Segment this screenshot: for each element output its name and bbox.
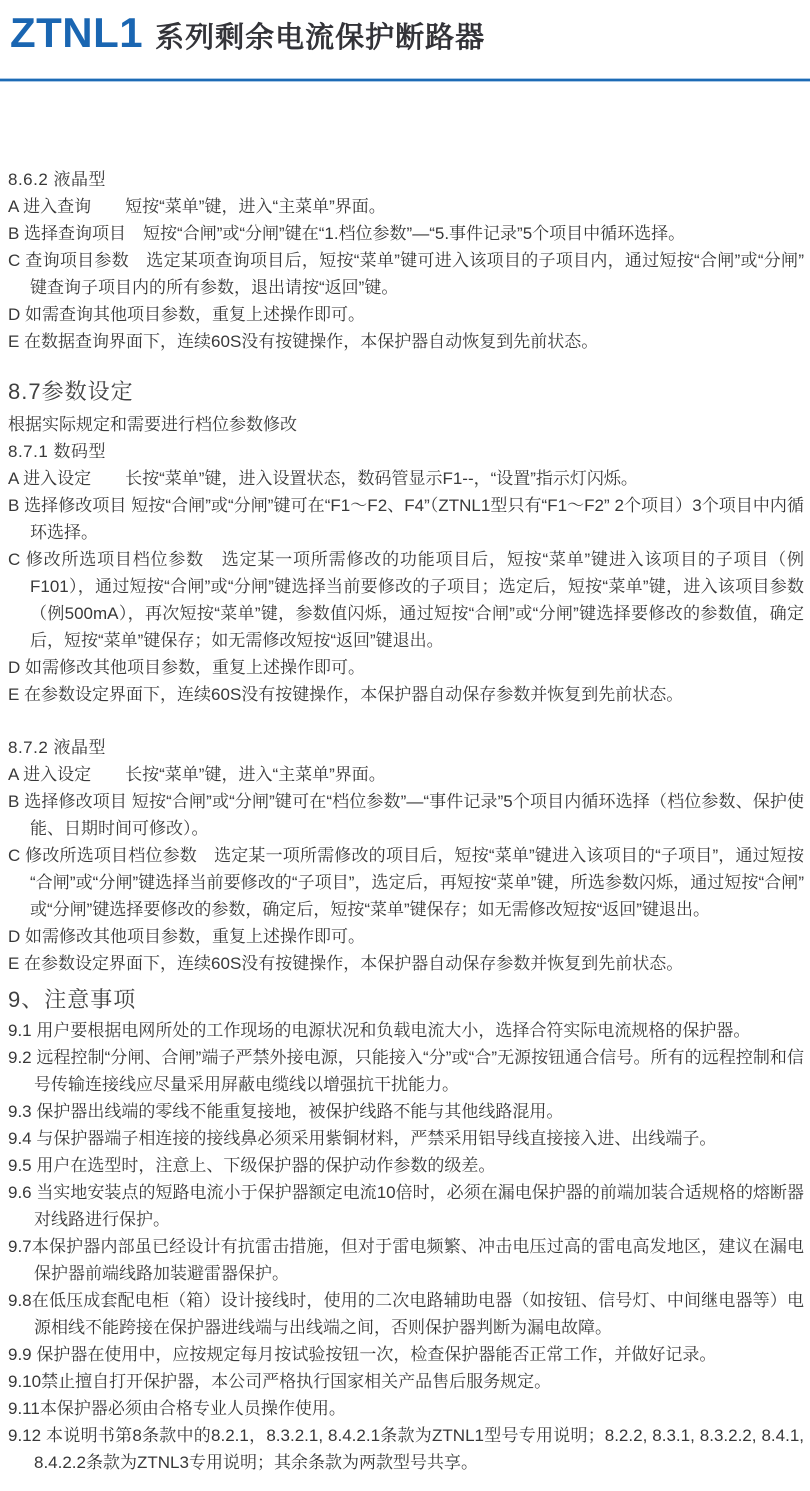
note-item: 9.4 与保护器端子相连接的接线鼻必须采用紫铜材料，严禁采用铝导线直接接入进、出… — [8, 1125, 804, 1152]
note-item: 9.8在低压成套配电柜（箱）设计接线时，使用的二次电路辅助电器（如按钮、信号灯、… — [8, 1287, 804, 1341]
step-item: C 查询项目参数 选定某项查询项目后，短按“菜单”键可进入该项目的子项目内，通过… — [8, 247, 804, 301]
step-item: B 选择查询项目 短按“合闸”或“分闸”键在“1.档位参数”—“5.事件记录”5… — [8, 220, 804, 247]
page-header: ZTNL1 系列剩余电流保护断路器 — [0, 0, 810, 56]
note-item: 9.6 当实地安装点的短路电流小于保护器额定电流10倍时，必须在漏电保护器的前端… — [8, 1179, 804, 1233]
note-item: 9.1 用户要根据电网所处的工作现场的电源状况和负载电流大小，选择合符实际电流规… — [8, 1017, 804, 1044]
step-item: B 选择修改项目 短按“合闸”或“分闸”键可在“F1～F2、F4”（ZTNL1型… — [8, 492, 804, 546]
step-item: C 修改所选项目档位参数 选定某一项所需修改的功能项目后，短按“菜单”键进入该项… — [8, 546, 804, 654]
section-subheading: 8.7.1 数码型 — [8, 438, 804, 465]
step-item: C 修改所选项目档位参数 选定某一项所需修改的项目后，短按“菜单”键进入该项目的… — [8, 842, 804, 923]
step-item: D 如需修改其他项目参数，重复上述操作即可。 — [8, 654, 804, 681]
section-subheading: 8.7.2 液晶型 — [8, 734, 804, 761]
section-heading: 8.7参数设定 — [8, 377, 804, 407]
note-item: 9.11本保护器必须由合格专业人员操作使用。 — [8, 1395, 804, 1422]
paragraph: 根据实际规定和需要进行档位参数修改 — [8, 411, 804, 438]
section-heading: 9、注意事项 — [8, 985, 804, 1015]
step-item: D 如需查询其他项目参数，重复上述操作即可。 — [8, 301, 804, 328]
note-item: 9.10禁止擅自打开保护器，本公司严格执行国家相关产品售后服务规定。 — [8, 1368, 804, 1395]
manual-body: 8.6.2 液晶型A 进入查询 短按“菜单”键，进入“主菜单”界面。B 选择查询… — [0, 82, 810, 1476]
step-item: E 在数据查询界面下，连续60S没有按键操作，本保护器自动恢复到先前状态。 — [8, 328, 804, 355]
step-item: A 进入设定 长按“菜单”键，进入“主菜单”界面。 — [8, 761, 804, 788]
note-item: 9.12 本说明书第8条款中的8.2.1，8.3.2.1, 8.4.2.1条款为… — [8, 1422, 804, 1476]
note-item: 9.5 用户在选型时，注意上、下级保护器的保护动作参数的级差。 — [8, 1152, 804, 1179]
note-item: 9.2 远程控制“分闸、合闸”端子严禁外接电源，只能接入“分”或“合”无源按钮通… — [8, 1044, 804, 1098]
note-item: 9.9 保护器在使用中，应按规定每月按试验按钮一次，检查保护器能否正常工作，并做… — [8, 1341, 804, 1368]
step-item: D 如需修改其他项目参数，重复上述操作即可。 — [8, 923, 804, 950]
product-model: ZTNL1 — [10, 10, 143, 56]
step-item: E 在参数设定界面下，连续60S没有按键操作，本保护器自动保存参数并恢复到先前状… — [8, 681, 804, 708]
step-item: A 进入查询 短按“菜单”键，进入“主菜单”界面。 — [8, 193, 804, 220]
note-item: 9.7本保护器内部虽已经设计有抗雷击措施，但对于雷电频繁、冲击电压过高的雷电高发… — [8, 1233, 804, 1287]
page-title: 系列剩余电流保护断路器 — [155, 15, 485, 56]
step-item: A 进入设定 长按“菜单”键，进入设置状态，数码管显示F1--，“设置”指示灯闪… — [8, 465, 804, 492]
step-item: B 选择修改项目 短按“合闸”或“分闸”键可在“档位参数”—“事件记录”5个项目… — [8, 788, 804, 842]
page-title-row: ZTNL1 系列剩余电流保护断路器 — [10, 10, 810, 56]
note-item: 9.3 保护器出线端的零线不能重复接地，被保护线路不能与其他线路混用。 — [8, 1098, 804, 1125]
manual-page: ZTNL1 系列剩余电流保护断路器 8.6.2 液晶型A 进入查询 短按“菜单”… — [0, 0, 810, 1491]
step-item: E 在参数设定界面下，连续60S没有按键操作，本保护器自动保存参数并恢复到先前状… — [8, 950, 804, 977]
section-subheading: 8.6.2 液晶型 — [8, 166, 804, 193]
